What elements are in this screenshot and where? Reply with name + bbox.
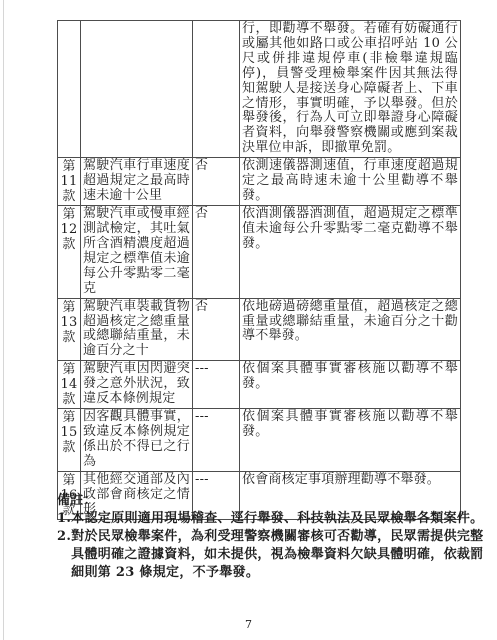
clause-13-behavior: 駕駛汽車裝載貨物超過核定之總重量或總聯結重量，未逾百分之十 (81, 298, 193, 361)
clause-number-cell-empty (58, 21, 81, 158)
table-row-continuation: 行，即勸導不舉發。若確有妨礙通行或屬其他如路口或公車招呼站 10 公尺或併排違規… (58, 21, 461, 158)
clause-14-flag: --- (193, 361, 240, 409)
clause-number-part: 15 (60, 425, 78, 440)
clause-number-part: 第 (60, 207, 78, 222)
clause-number-part: 款 (60, 237, 78, 252)
guidance-table: 行，即勸導不舉發。若確有妨礙通行或屬其他如路口或公車招呼站 10 公尺或併排違規… (57, 20, 461, 520)
note-number: 1. (57, 510, 71, 528)
table-row-clause-11: 第 11 款 駕駛汽車行車速度超過規定之最高時速未逾十公里 否 依測速儀器測速值… (58, 158, 461, 206)
clause-12-behavior: 駕駛汽車或慢車經測試檢定，其吐氣所含酒精濃度超過規定之標準值未逾每公升零點零二毫… (81, 206, 193, 298)
clause-number-part: 第 (60, 362, 78, 377)
clause-11-criteria: 依測速儀器測速值，行車速度超過規定之最高時速未逾十公里勸導不舉發。 (240, 158, 461, 206)
clause-behavior-cell-empty (81, 21, 193, 158)
note-text: 對於民眾檢舉案件，為利受理警察機關審核可否勸導，民眾需提供完整具體明確之證據資料… (71, 528, 489, 582)
document-page: 行，即勸導不舉發。若確有妨礙通行或屬其他如路口或公車招呼站 10 公尺或併排違規… (0, 0, 497, 640)
clause-number-part: 款 (60, 392, 78, 407)
clause-number-part: 12 (60, 222, 78, 237)
clause-15-flag: --- (193, 409, 240, 472)
clause-11-number-cell: 第 11 款 (58, 158, 81, 206)
clause-number-part: 第 (60, 473, 78, 488)
clause-15-criteria: 依個案具體事實審核施以勸導不舉發。 (240, 409, 461, 472)
note-number: 2. (57, 528, 71, 582)
clause-number-part: 第 (60, 410, 78, 425)
clause-13-flag: 否 (193, 298, 240, 361)
clause-12-criteria: 依酒測儀器酒測值，超過規定之標準值未逾每公升零點零二毫克勸導不舉發。 (240, 206, 461, 298)
note-item-1: 1. 本認定原則適用現場稽查、逕行舉發、科技執法及民眾檢舉各類案件。 (57, 510, 489, 528)
clause-number-part: 第 (60, 159, 78, 174)
clause-number-part: 款 (60, 330, 78, 345)
clause-13-number-cell: 第 13 款 (58, 298, 81, 361)
clause-number-part: 款 (60, 189, 78, 204)
clause-12-number-cell: 第 12 款 (58, 206, 81, 298)
clause-14-behavior: 駕駛汽車因閃避突發之意外狀況，致違反本條例規定 (81, 361, 193, 409)
clause-number-part: 第 (60, 300, 78, 315)
clause-11-behavior: 駕駛汽車行車速度超過規定之最高時速未逾十公里 (81, 158, 193, 206)
clause-flag-cell-empty (193, 21, 240, 158)
clause-number-part: 13 (60, 315, 78, 330)
clause-11-flag: 否 (193, 158, 240, 206)
clause-number-part: 款 (60, 440, 78, 455)
clause-number-part: 11 (60, 174, 78, 189)
clause-15-behavior: 因客觀具體事實，致違反本條例規定係出於不得已之行為 (81, 409, 193, 472)
table-row-clause-12: 第 12 款 駕駛汽車或慢車經測試檢定，其吐氣所含酒精濃度超過規定之標準值未逾每… (58, 206, 461, 298)
table-row-clause-14: 第 14 款 駕駛汽車因閃避突發之意外狀況，致違反本條例規定 --- 依個案具體… (58, 361, 461, 409)
table-row-clause-15: 第 15 款 因客觀具體事實，致違反本條例規定係出於不得已之行為 --- 依個案… (58, 409, 461, 472)
page-number: 7 (0, 618, 497, 631)
clause-14-criteria: 依個案具體事實審核施以勸導不舉發。 (240, 361, 461, 409)
clause-15-number-cell: 第 15 款 (58, 409, 81, 472)
clause-12-flag: 否 (193, 206, 240, 298)
note-text: 本認定原則適用現場稽查、逕行舉發、科技執法及民眾檢舉各類案件。 (71, 510, 489, 528)
table-row-clause-13: 第 13 款 駕駛汽車裝載貨物超過核定之總重量或總聯結重量，未逾百分之十 否 依… (58, 298, 461, 361)
page-edge-line (3, 0, 4, 640)
notes-section: 備註： 1. 本認定原則適用現場稽查、逕行舉發、科技執法及民眾檢舉各類案件。 2… (57, 492, 489, 582)
note-item-2: 2. 對於民眾檢舉案件，為利受理警察機關審核可否勸導，民眾需提供完整具體明確之證… (57, 528, 489, 582)
clause-13-criteria: 依地磅過磅總重量值，超過核定之總重量或總聯結重量，未逾百分之十勸導不舉發。 (240, 298, 461, 361)
notes-title: 備註： (57, 492, 489, 510)
clause-14-number-cell: 第 14 款 (58, 361, 81, 409)
clause-number-part: 14 (60, 377, 78, 392)
continuation-criteria-text: 行，即勸導不舉發。若確有妨礙通行或屬其他如路口或公車招呼站 10 公尺或併排違規… (240, 21, 461, 158)
